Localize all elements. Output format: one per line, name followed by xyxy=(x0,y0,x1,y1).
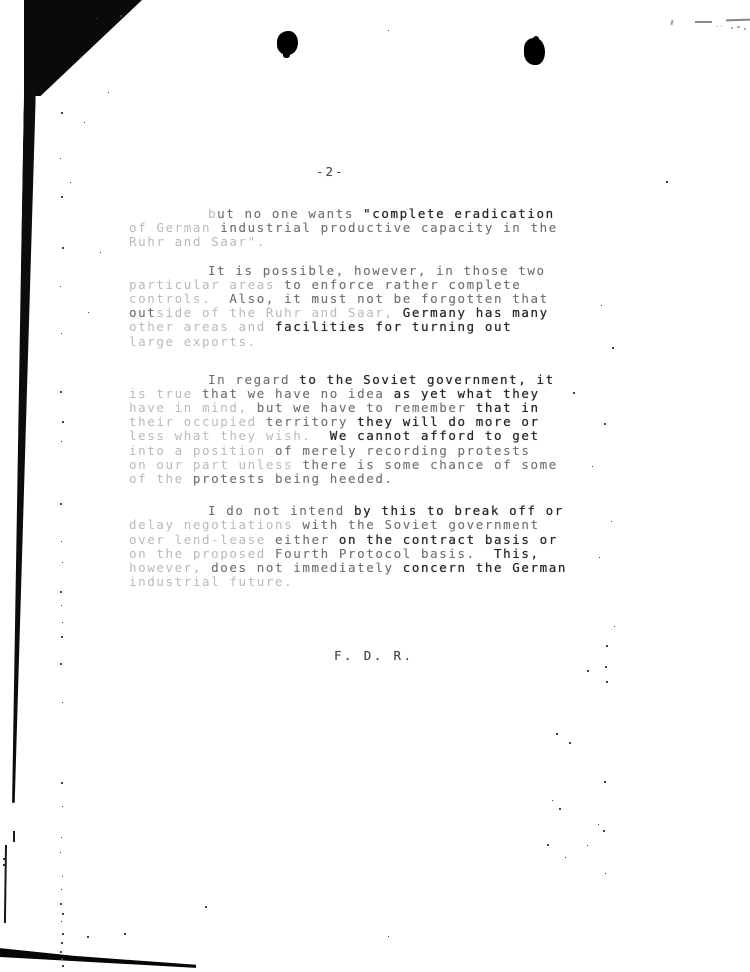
text-segment: but we have to remember xyxy=(257,400,476,415)
scan-speck xyxy=(614,626,615,627)
text-segment: there is some chance of some xyxy=(302,457,558,472)
paragraph: but no one wants "complete eradicationof… xyxy=(129,207,629,250)
text-segment: particular areas xyxy=(129,277,284,292)
scan-speck xyxy=(61,541,62,542)
scan-speck xyxy=(604,781,606,783)
text-segment: of the xyxy=(129,471,193,486)
scan-speck xyxy=(569,742,571,744)
scan-speck xyxy=(60,591,62,593)
scan-speck xyxy=(547,844,549,846)
text-line: controls. Also, it must not be forgotten… xyxy=(129,292,629,306)
text-line: into a position of merely recording prot… xyxy=(129,444,629,458)
faint-stamp-mark: ·· xyxy=(715,25,722,29)
text-segment: that we have no idea xyxy=(202,386,394,401)
scan-speck xyxy=(60,903,62,905)
text-segment: controls. xyxy=(129,291,229,306)
text-segment: on the contract basis or xyxy=(339,532,558,547)
scan-speck xyxy=(559,808,561,810)
scan-edge-speck xyxy=(13,831,15,842)
text-segment: on the proposed xyxy=(129,546,275,561)
text-segment: with the Soviet government xyxy=(302,517,539,532)
scan-speck xyxy=(605,873,606,874)
text-segment: out xyxy=(129,305,156,320)
text-segment: over lend-lease xyxy=(129,532,275,547)
text-segment: delay negotiations xyxy=(129,517,302,532)
scan-speck xyxy=(60,852,61,853)
text-line: delay negotiations with the Soviet gover… xyxy=(129,518,629,532)
text-segment: of merely recording protests xyxy=(275,443,531,458)
page-number: -2- xyxy=(316,164,345,179)
text-segment: ut no one wants xyxy=(217,206,363,221)
text-segment: either xyxy=(275,532,339,547)
scan-speck xyxy=(606,681,608,683)
text-line: on our part unless there is some chance … xyxy=(129,458,629,472)
scan-speck xyxy=(62,622,63,623)
text-line: over lend-lease either on the contract b… xyxy=(129,533,629,547)
text-segment: It is possible, however, in those two xyxy=(208,263,546,278)
scan-speck xyxy=(62,562,63,563)
text-segment: industrial future. xyxy=(129,574,293,589)
text-segment: large exports. xyxy=(129,334,257,349)
text-segment: protests being heeded. xyxy=(193,471,394,486)
scan-speck xyxy=(96,18,97,19)
text-line: have in mind, but we have to remember th… xyxy=(129,401,629,415)
text-segment: facilities for turning out xyxy=(275,319,512,334)
scan-bottom-edge-artifact xyxy=(0,945,196,971)
text-segment: In regard xyxy=(208,372,299,387)
scan-speck xyxy=(87,936,89,938)
scan-speck xyxy=(61,441,62,442)
text-line: their occupied territory they will do mo… xyxy=(129,415,629,429)
text-segment: "complete eradication xyxy=(363,206,555,221)
text-segment: however, xyxy=(129,560,211,575)
text-segment: into a position xyxy=(129,443,275,458)
text-segment: to the Soviet government, it xyxy=(299,372,555,387)
text-line: particular areas to enforce rather compl… xyxy=(129,278,629,292)
scan-speck xyxy=(60,391,62,393)
scan-speck xyxy=(61,333,62,334)
text-segment: other areas and xyxy=(129,319,275,334)
text-segment: by this to break off or xyxy=(354,503,564,518)
text-line: on the proposed Fourth Protocol basis. T… xyxy=(129,547,629,561)
scan-speck xyxy=(60,286,61,287)
scan-speck xyxy=(611,521,612,522)
text-segment: to enforce rather complete xyxy=(284,277,521,292)
text-segment: concern the German xyxy=(403,560,567,575)
text-line: of the protests being heeded. xyxy=(129,472,629,486)
text-line: less what they wish. We cannot afford to… xyxy=(129,429,629,443)
text-segment: Germany has many xyxy=(403,305,549,320)
text-line: industrial future. xyxy=(129,575,629,589)
scan-speck xyxy=(62,247,64,249)
scan-speck xyxy=(60,158,61,159)
scan-speck xyxy=(108,92,109,93)
scan-speck xyxy=(61,196,63,198)
scan-speck xyxy=(592,466,593,467)
scan-speck xyxy=(124,933,126,935)
scan-speck xyxy=(60,503,62,505)
scan-left-edge-artifact xyxy=(11,86,36,803)
text-line: however, does not immediately concern th… xyxy=(129,561,629,575)
scan-speck xyxy=(666,181,668,183)
scan-speck xyxy=(62,913,64,915)
scan-speck xyxy=(84,122,85,123)
punch-hole-mark xyxy=(283,52,290,58)
text-segment: less what they wish. xyxy=(129,428,330,443)
text-segment: I do not intend xyxy=(208,503,354,518)
text-segment: does not immediately xyxy=(211,560,403,575)
scan-speck xyxy=(61,921,62,922)
text-segment: b xyxy=(208,206,217,221)
punch-hole-mark xyxy=(533,36,539,42)
scan-speck xyxy=(100,252,101,253)
text-segment: as yet what they xyxy=(394,386,540,401)
scan-speck xyxy=(62,876,63,877)
scan-speck xyxy=(60,663,62,665)
scan-speck xyxy=(88,312,89,313)
scanned-page: ·· -2- but no one wants "complete eradic… xyxy=(0,0,750,972)
scan-speck xyxy=(565,857,566,858)
scan-speck xyxy=(573,392,575,394)
scan-speck xyxy=(388,936,389,937)
scan-speck xyxy=(61,605,62,606)
text-line: of German industrial productive capacity… xyxy=(129,221,629,235)
scan-speck xyxy=(70,182,71,183)
faint-stamp-mark xyxy=(737,26,740,28)
scan-speck xyxy=(606,645,608,647)
faint-stamp-mark xyxy=(744,28,746,30)
text-segment: of German xyxy=(129,220,220,235)
scan-speck xyxy=(587,670,589,672)
text-segment: territory xyxy=(266,414,357,429)
faint-stamp-mark xyxy=(670,20,673,25)
text-segment: that in xyxy=(476,400,540,415)
scan-edge-speck xyxy=(3,864,5,866)
text-segment: is true xyxy=(129,386,202,401)
text-segment: This, xyxy=(494,546,540,561)
scan-speck xyxy=(61,636,63,638)
text-segment: capacity in the xyxy=(421,220,558,235)
scan-speck xyxy=(552,800,553,801)
scan-speck xyxy=(61,112,63,114)
text-line: It is possible, however, in those two xyxy=(129,264,629,278)
scan-speck xyxy=(205,906,207,908)
scan-speck xyxy=(599,557,600,558)
text-line: large exports. xyxy=(129,335,629,349)
faint-stamp-mark xyxy=(695,21,712,23)
scan-left-edge-tail xyxy=(4,845,7,923)
scan-speck xyxy=(603,830,605,832)
scan-speck xyxy=(61,837,62,838)
scan-speck xyxy=(61,782,63,784)
text-segment: Fourth Protocol basis. xyxy=(275,546,494,561)
text-segment: on our part unless xyxy=(129,457,302,472)
text-segment: We cannot afford to get xyxy=(330,428,540,443)
text-line: In regard to the Soviet government, it xyxy=(129,373,629,387)
scan-speck xyxy=(120,15,122,17)
text-line: is true that we have no idea as yet what… xyxy=(129,387,629,401)
scan-speck xyxy=(556,733,558,735)
signature: F. D. R. xyxy=(334,648,413,663)
scan-speck xyxy=(61,942,63,944)
scan-speck xyxy=(605,666,607,668)
scan-speck xyxy=(587,845,588,846)
text-segment: Ruhr and Saar". xyxy=(129,234,266,249)
scan-speck xyxy=(604,423,606,425)
scan-corner-artifact xyxy=(24,0,142,96)
scan-speck xyxy=(61,889,62,890)
scan-speck xyxy=(62,933,64,935)
text-segment: side of the Ruhr and Saar, xyxy=(156,305,402,320)
text-line: I do not intend by this to break off or xyxy=(129,504,629,518)
text-segment: have in mind, xyxy=(129,400,257,415)
paragraph: In regard to the Soviet government, itis… xyxy=(129,373,629,487)
scan-speck xyxy=(612,347,614,349)
text-line: Ruhr and Saar". xyxy=(129,235,629,249)
punch-hole-mark xyxy=(524,38,545,65)
scan-edge-speck xyxy=(3,858,5,860)
scan-speck xyxy=(62,421,64,423)
text-segment: they will do more or xyxy=(357,414,540,429)
document-text: but no one wants "complete eradicationof… xyxy=(129,207,629,603)
text-segment: Also, it must not be forgotten that xyxy=(229,291,548,306)
text-line: outside of the Ruhr and Saar, Germany ha… xyxy=(129,306,629,320)
text-segment: their occupied xyxy=(129,414,266,429)
text-line: other areas and facilities for turning o… xyxy=(129,320,629,334)
scan-speck xyxy=(598,824,599,825)
scan-speck xyxy=(62,806,63,807)
scan-speck xyxy=(61,958,63,960)
faint-stamp-mark xyxy=(726,19,750,22)
scan-speck xyxy=(388,30,389,31)
paragraph: It is possible, however, in those twopar… xyxy=(129,264,629,349)
paragraph: I do not intend by this to break off ord… xyxy=(129,504,629,589)
scan-speck xyxy=(60,951,62,953)
scan-speck xyxy=(62,702,63,703)
text-segment: industrial productive xyxy=(220,220,421,235)
scan-speck xyxy=(601,305,602,306)
faint-stamp-mark xyxy=(731,27,733,29)
scan-speck xyxy=(62,965,64,967)
text-line: but no one wants "complete eradication xyxy=(129,207,629,221)
